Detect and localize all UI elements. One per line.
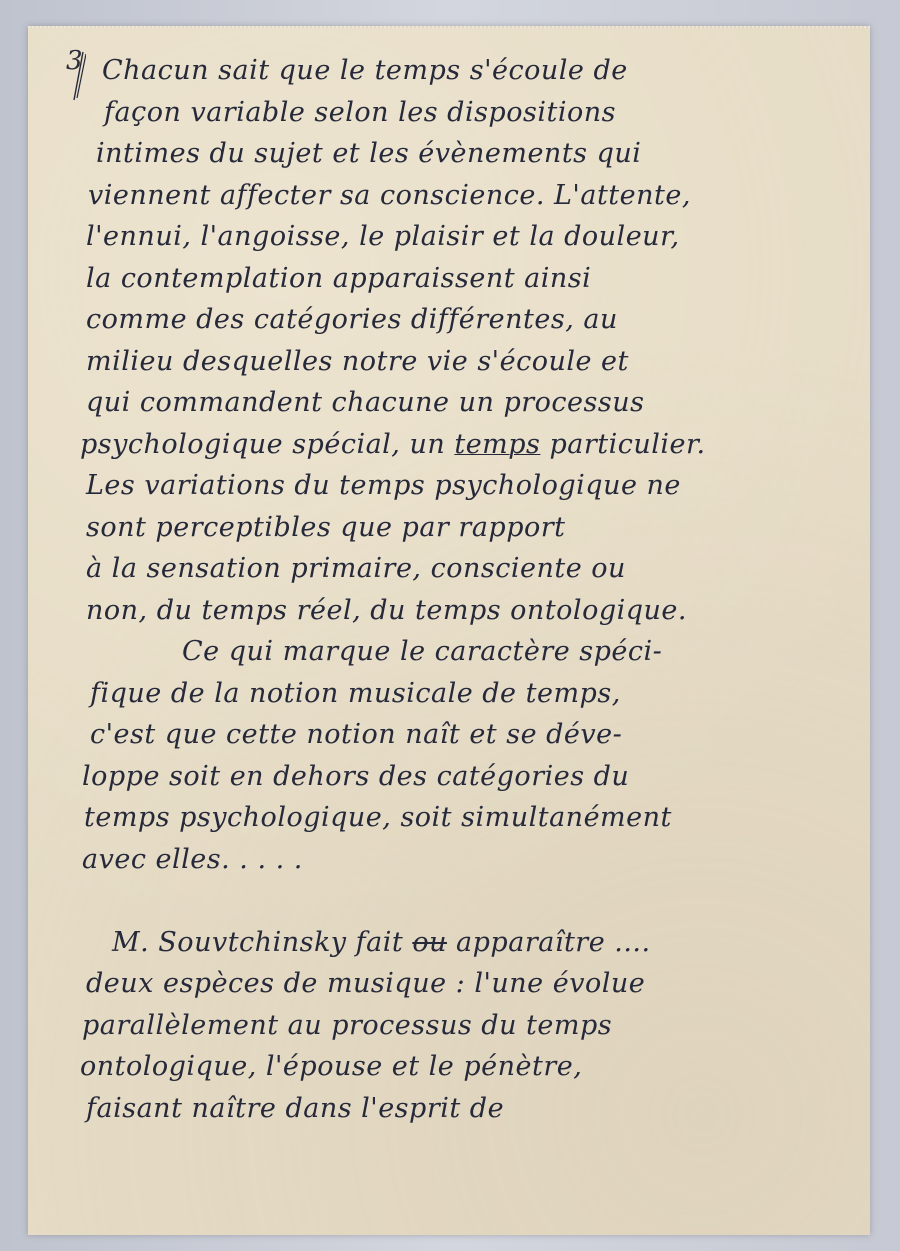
text-line: parallèlement au processus du temps [72, 1005, 862, 1047]
line-text-continued: particulier. [540, 429, 705, 460]
line-text: faisant naître dans l'esprit de [86, 1093, 504, 1124]
line-text: Chacun sait que le temps s'écoule de [102, 55, 628, 86]
text-line: non, du temps réel, du temps ontologique… [72, 590, 862, 632]
line-text: l'ennui, l'angoisse, le plaisir et la do… [86, 221, 680, 252]
line-text: sont perceptibles que par rapport [86, 512, 566, 543]
line-text: avec elles. . . . . [82, 844, 303, 875]
line-text: Ce qui marque le caractère spéci- [182, 636, 662, 667]
text-line: ontologique, l'épouse et le pénètre, [72, 1046, 862, 1088]
text-line: faisant naître dans l'esprit de [72, 1088, 862, 1130]
line-text: à la sensation primaire, consciente ou [86, 553, 626, 584]
text-line: fique de la notion musicale de temps, [72, 673, 862, 715]
line-text: M. Souvtchinsky fait [112, 927, 412, 958]
text-line: temps psychologique, soit simultanément [72, 797, 862, 839]
line-text: ontologique, l'épouse et le pénètre, [80, 1051, 582, 1082]
line-text: milieu desquelles notre vie s'écoule et [86, 346, 629, 377]
text-line: psychologique spécial, un temps particul… [72, 424, 862, 466]
text-line: à la sensation primaire, consciente ou [72, 548, 862, 590]
line-text: deux espèces de musique : l'une évolue [86, 968, 645, 999]
text-line: M. Souvtchinsky fait ou apparaître .... [72, 922, 862, 964]
text-line: avec elles. . . . . [72, 839, 862, 881]
line-text: la contemplation apparaissent ainsi [86, 263, 591, 294]
text-line: viennent affecter sa conscience. L'atten… [72, 175, 862, 217]
text-line: Chacun sait que le temps s'écoule de [72, 50, 862, 92]
manuscript-page: 3 Chacun sait que le temps s'écoule defa… [28, 26, 870, 1235]
line-text: temps psychologique, soit simultanément [84, 802, 672, 833]
text-line: qui commandent chacune un processus [72, 382, 862, 424]
text-line: sont perceptibles que par rapport [72, 507, 862, 549]
line-text: parallèlement au processus du temps [82, 1010, 612, 1041]
line-text: comme des catégories différentes, au [86, 304, 618, 335]
line-text: façon variable selon les dispositions [104, 97, 616, 128]
text-line: loppe soit en dehors des catégories du [72, 756, 862, 798]
text-line: deux espèces de musique : l'une évolue [72, 963, 862, 1005]
text-line: milieu desquelles notre vie s'écoule et [72, 341, 862, 383]
text-line: façon variable selon les dispositions [72, 92, 862, 134]
underlined-word: temps [454, 429, 540, 460]
line-text: c'est que cette notion naît et se déve- [90, 719, 622, 750]
text-line: l'ennui, l'angoisse, le plaisir et la do… [72, 216, 862, 258]
line-text: non, du temps réel, du temps ontologique… [86, 595, 687, 626]
struck-word: ou [412, 927, 447, 958]
line-text: psychologique spécial, un [80, 429, 454, 460]
line-text: fique de la notion musicale de temps, [90, 678, 621, 709]
text-line: Les variations du temps psychologique ne [72, 465, 862, 507]
text-line: Ce qui marque le caractère spéci- [72, 631, 862, 673]
text-line: intimes du sujet et les évènements qui [72, 133, 862, 175]
line-text: intimes du sujet et les évènements qui [96, 138, 641, 169]
text-line [72, 880, 862, 922]
line-text: loppe soit en dehors des catégories du [82, 761, 629, 792]
line-text-continued: apparaître .... [447, 927, 651, 958]
text-line: la contemplation apparaissent ainsi [72, 258, 862, 300]
handwritten-text-body: Chacun sait que le temps s'écoule defaço… [72, 50, 862, 1129]
line-text: viennent affecter sa conscience. L'atten… [88, 180, 691, 211]
text-line: c'est que cette notion naît et se déve- [72, 714, 862, 756]
line-text: qui commandent chacune un processus [86, 387, 644, 418]
line-text: Les variations du temps psychologique ne [86, 470, 681, 501]
text-line: comme des catégories différentes, au [72, 299, 862, 341]
